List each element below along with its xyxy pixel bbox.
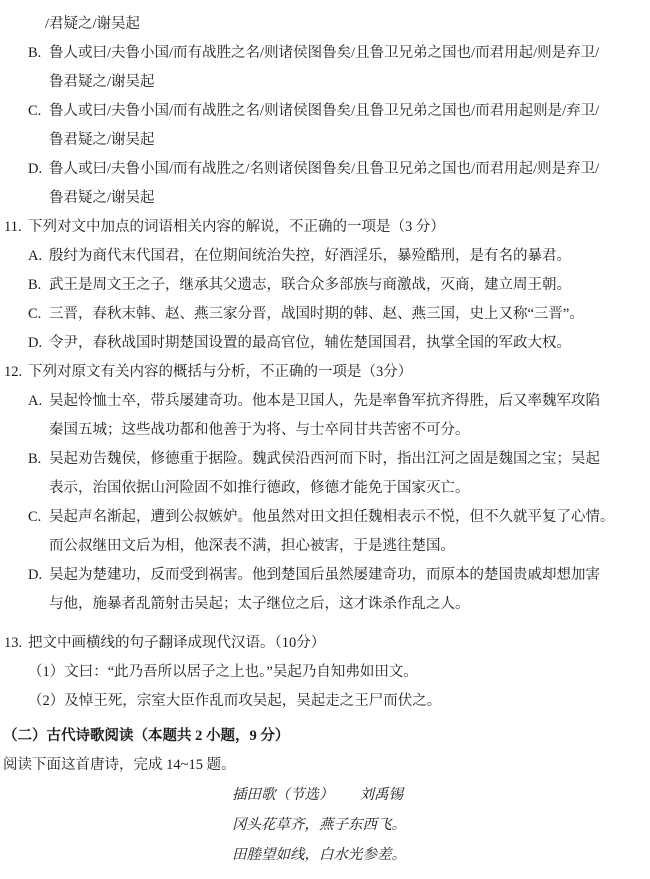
q12-option-d-label: D. [28, 561, 49, 590]
q12-option-b-label: B. [28, 445, 49, 474]
section-2-poetry: （二）古代诗歌阅读（本题共 2 小题，9 分） 阅读下面这首唐诗，完成 14~1… [0, 722, 650, 870]
q12-option-a-line1: 吴起怜恤士卒，带兵屡建奇功。他本是卫国人，先是率鲁军抗齐得胜，后又率魏军攻陷 [49, 393, 600, 409]
question-12-number: 12. [4, 358, 28, 387]
poem-title: 插田歌（节选） [232, 787, 334, 803]
q11-option-b-text: 武王是周文王之子，继承其父遗志，联合众多部族与商激战，灭商，建立周王朝。 [49, 277, 571, 293]
q12-option-a-line2: 秦国五城；这些战功都和他善于为将、与士卒同甘共苦密不可分。 [0, 416, 650, 445]
poem-line-2: 田塍望如线，白水光参差。 [232, 840, 650, 870]
question-11-stem: 下列对文中加点的词语相关内容的解说，不正确的一项是（3 分） [28, 219, 445, 235]
option-c: C.鲁人或曰/夫鲁小国/而有战胜之名/则诸侯图鲁矣/且鲁卫兄弟之国也/而君用起则… [0, 97, 650, 155]
option-b-line2: 鲁君疑之/谢吴起 [0, 68, 650, 97]
q12-option-c-line1: 吴起声名渐起，遭到公叔嫉妒。他虽然对田文担任魏相表示不悦，但不久就平复了心情。 [49, 509, 615, 525]
exam-page: /君疑之/谢吴起 B.鲁人或曰/夫鲁小国/而有战胜之名/则诸侯图鲁矣/且鲁卫兄弟… [0, 0, 650, 879]
question-11-number: 11. [4, 213, 28, 242]
question-12-stem: 下列对原文有关内容的概括与分析，不正确的一项是（3分） [28, 364, 412, 380]
q11-option-c-label: C. [28, 300, 49, 329]
option-a-continuation-line: /君疑之/谢吴起 [0, 10, 650, 39]
q13-item-1-label: （1） [28, 664, 64, 680]
option-c-line2: 鲁君疑之/谢吴起 [0, 126, 650, 155]
question-13: 13.把文中画横线的句子翻译成现代汉语。（10分） （1）文曰：“此乃吾所以居子… [0, 629, 650, 716]
question-13-stem: 把文中画横线的句子翻译成现代汉语。（10分） [28, 635, 325, 651]
option-d: D.鲁人或曰/夫鲁小国/而有战胜之/名则诸侯图鲁矣/且鲁卫兄弟之国也/而君用起/… [0, 155, 650, 213]
option-b-label: B. [28, 39, 49, 68]
q11-option-a-text: 殷纣为商代末代国君，在位期间统治失控，好酒淫乐，暴殓酷刑，是有名的暴君。 [49, 248, 571, 264]
question-12: 12.下列对原文有关内容的概括与分析，不正确的一项是（3分） A.吴起怜恤士卒，… [0, 358, 650, 619]
option-d-line2: 鲁君疑之/谢吴起 [0, 184, 650, 213]
section-2-intro: 阅读下面这首唐诗，完成 14~15 题。 [0, 751, 650, 780]
q13-item-2-text: 及悼王死，宗室大臣作乱而攻吴起，吴起走之王尸而伏之。 [64, 693, 441, 709]
poem-author: 刘禹锡 [360, 787, 404, 803]
q12-option-d-line2: 与他，施暴者乱箭射击吴起；太子继位之后，这才诛杀作乱之人。 [0, 590, 650, 619]
option-d-line1: 鲁人或曰/夫鲁小国/而有战胜之/名则诸侯图鲁矣/且鲁卫兄弟之国也/而君用起/则是… [49, 161, 599, 177]
question-13-number: 13. [4, 629, 28, 658]
q12-option-d-line1: 吴起为楚建功，反而受到祸害。他到楚国后虽然屡建奇功，而原本的楚国贵戚却想加害 [49, 567, 600, 583]
poem-block: 插田歌（节选）刘禹锡 冈头花草齐，燕子东西飞。 田塍望如线，白水光参差。 [232, 780, 650, 870]
q13-item-1-text: 文曰：“此乃吾所以居子之上也。”吴起乃自知弗如田文。 [64, 664, 418, 680]
q12-option-c-line2: 而公叔继田文后为相，他深表不满，担心被害，于是逃往楚国。 [0, 532, 650, 561]
q12-option-b-line2: 表示，治国依据山河险固不如推行德政，修德才能免于国家灭亡。 [0, 474, 650, 503]
question-11: 11.下列对文中加点的词语相关内容的解说，不正确的一项是（3 分） A.殷纣为商… [0, 213, 650, 358]
q11-option-a-label: A. [28, 242, 49, 271]
q11-option-d-label: D. [28, 329, 49, 358]
q12-option-b-line1: 吴起劝告魏侯，修德重于据险。魏武侯沿西河而下时，指出江河之固是魏国之宝；吴起 [49, 451, 600, 467]
poem-line-1: 冈头花草齐，燕子东西飞。 [232, 810, 650, 840]
option-c-line1: 鲁人或曰/夫鲁小国/而有战胜之名/则诸侯图鲁矣/且鲁卫兄弟之国也/而君用起则是/… [49, 103, 599, 119]
option-b-line1: 鲁人或曰/夫鲁小国/而有战胜之名/则诸侯图鲁矣/且鲁卫兄弟之国也/而君用起/则是… [49, 45, 599, 61]
q13-item-2-label: （2） [28, 693, 64, 709]
option-c-label: C. [28, 97, 49, 126]
q11-option-c-text: 三晋，春秋末韩、赵、燕三家分晋，战国时期的韩、赵、燕三国，史上又称“三晋”。 [49, 306, 584, 322]
q11-option-d-text: 令尹，春秋战国时期楚国设置的最高官位，辅佐楚国国君，执掌全国的军政大权。 [49, 335, 571, 351]
q12-option-c-label: C. [28, 503, 49, 532]
q11-option-b-label: B. [28, 271, 49, 300]
q12-option-a-label: A. [28, 387, 49, 416]
option-b: B.鲁人或曰/夫鲁小国/而有战胜之名/则诸侯图鲁矣/且鲁卫兄弟之国也/而君用起/… [0, 39, 650, 97]
section-2-heading: （二）古代诗歌阅读（本题共 2 小题，9 分） [0, 722, 650, 751]
poem-title-row: 插田歌（节选）刘禹锡 [232, 780, 650, 810]
option-d-label: D. [28, 155, 49, 184]
